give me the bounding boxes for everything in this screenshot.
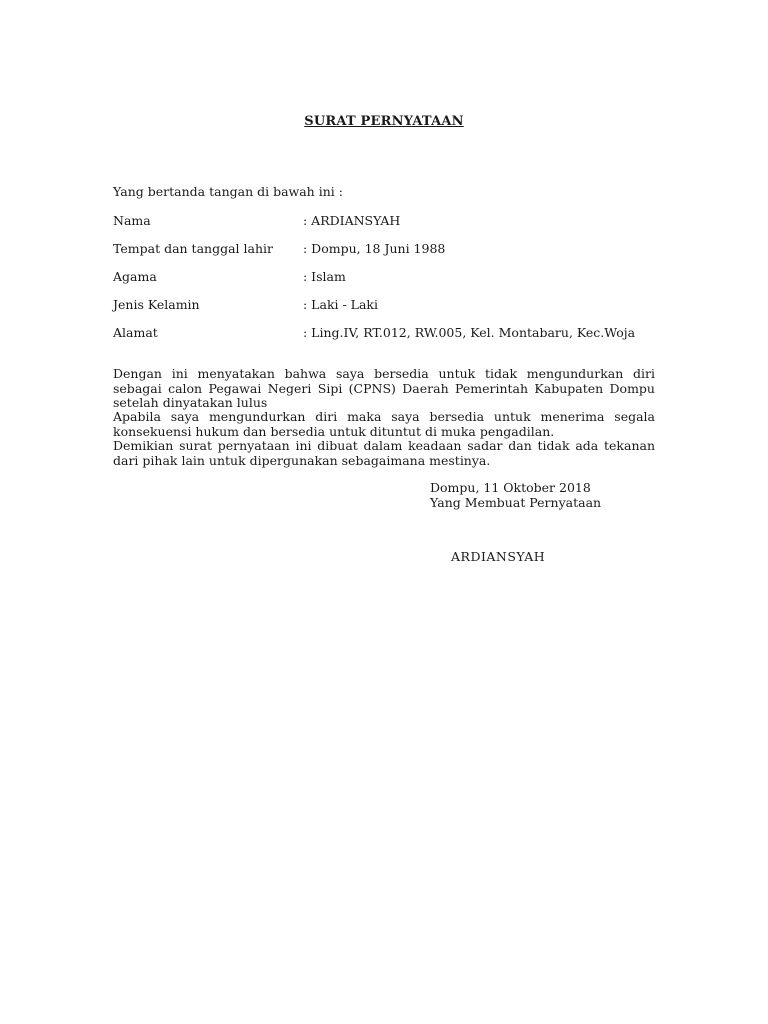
field-label: Jenis Kelamin [113, 297, 200, 312]
field-value: : Dompu, 18 Juni 1988 [303, 241, 445, 256]
closing-paragraph: Demikian surat pernyataan ini dibuat dal… [113, 439, 655, 468]
field-value: : Islam [303, 269, 346, 284]
field-value: : Ling.IV, RT.012, RW.005, Kel. Montabar… [303, 325, 635, 340]
intro-text: Yang bertanda tangan di bawah ini : [113, 184, 343, 199]
statement-paragraph: Dengan ini menyatakan bahwa saya bersedi… [113, 367, 655, 411]
document-page: SURAT PERNYATAAN Yang bertanda tangan di… [0, 0, 768, 1024]
field-label: Tempat dan tanggal lahir [113, 241, 273, 256]
signature-name: ARDIANSYAH [451, 549, 545, 564]
field-label: Nama [113, 213, 151, 228]
signature-block: Dompu, 11 Oktober 2018 Yang Membuat Pern… [430, 480, 601, 510]
signature-place-date: Dompu, 11 Oktober 2018 [430, 480, 601, 495]
field-value: : Laki - Laki [303, 297, 378, 312]
consequence-paragraph: Apabila saya mengundurkan diri maka saya… [113, 410, 655, 439]
field-label: Agama [113, 269, 157, 284]
field-value: : ARDIANSYAH [303, 213, 400, 228]
signature-role: Yang Membuat Pernyataan [430, 495, 601, 510]
document-title: SURAT PERNYATAAN [0, 114, 768, 129]
field-label: Alamat [113, 325, 158, 340]
